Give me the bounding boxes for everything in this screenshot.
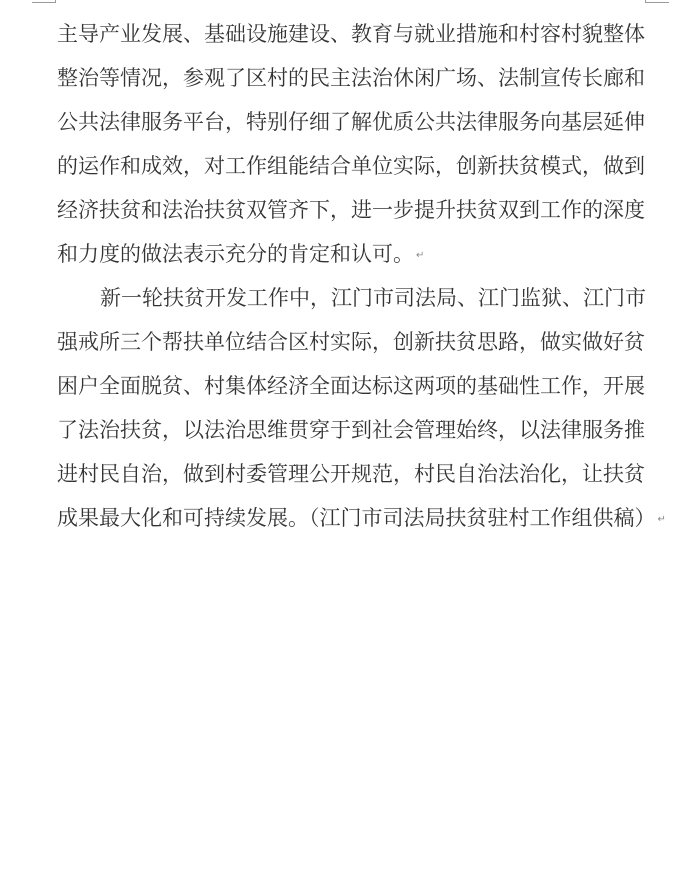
text-line[interactable]: 经济扶贫和法治扶贫双管齐下，进一步提升扶贫双到工作的深度 bbox=[57, 198, 645, 222]
text-line[interactable]: 和力度的做法表示充分的肯定和认可。↵ bbox=[57, 242, 645, 266]
text-line[interactable]: 了法治扶贫，以法治思维贯穿于到社会管理始终，以法律服务推 bbox=[57, 418, 645, 442]
text-line[interactable]: 整治等情况，参观了区村的民主法治休闲广场、法制宣传长廊和 bbox=[57, 66, 645, 90]
text-line[interactable]: 成果最大化和可持续发展。（江门市司法局扶贫驻村工作组供稿）↵ bbox=[57, 506, 657, 530]
text-line[interactable]: 进村民自治，做到村委管理公开规范，村民自治法治化，让扶贫 bbox=[57, 462, 645, 486]
text-line-content: 成果最大化和可持续发展。（江门市司法局扶贫驻村工作组供稿） bbox=[57, 506, 656, 530]
page-corner-mark-top-right bbox=[645, 0, 669, 3]
page-corner-mark-top-left bbox=[32, 0, 56, 3]
text-line[interactable]: 新一轮扶贫开发工作中，江门市司法局、江门监狱、江门市 bbox=[100, 286, 645, 310]
text-line[interactable]: 强戒所三个帮扶单位结合区村实际，创新扶贫思路，做实做好贫 bbox=[57, 330, 645, 354]
document-page: 主导产业发展、基础设施建设、教育与就业措施和村容村貌整体 整治等情况，参观了区村… bbox=[0, 0, 700, 873]
text-line[interactable]: 困户全面脱贫、村集体经济全面达标这两项的基础性工作，开展 bbox=[57, 374, 645, 398]
text-line[interactable]: 公共法律服务平台，特别仔细了解优质公共法律服务向基层延伸 bbox=[57, 110, 645, 134]
paragraph-mark-icon: ↵ bbox=[658, 514, 666, 525]
paragraph-mark-icon: ↵ bbox=[416, 250, 424, 261]
text-line[interactable]: 主导产业发展、基础设施建设、教育与就业措施和村容村貌整体 bbox=[57, 22, 645, 46]
text-line[interactable]: 的运作和成效，对工作组能结合单位实际，创新扶贫模式，做到 bbox=[57, 154, 645, 178]
text-line-content: 和力度的做法表示充分的肯定和认可。 bbox=[57, 242, 414, 266]
